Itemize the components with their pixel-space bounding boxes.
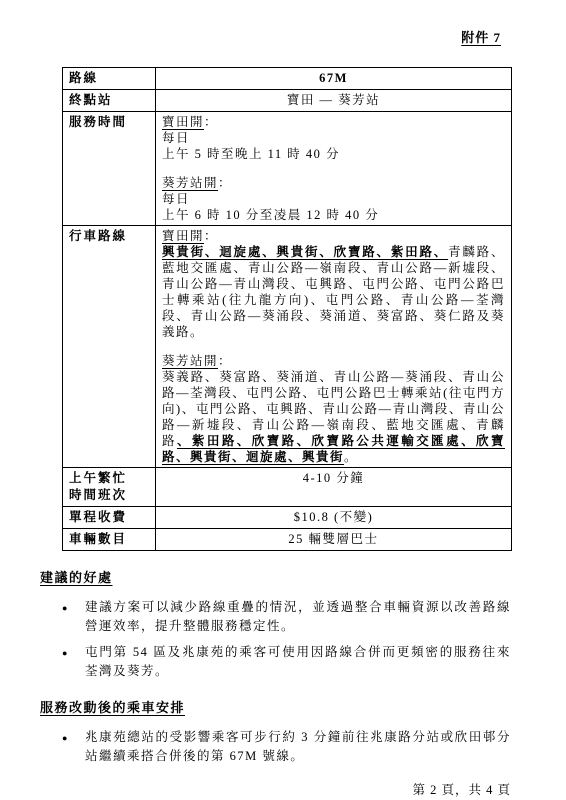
frequency-label: 上午繁忙時間班次 bbox=[63, 468, 156, 507]
service-hours-label: 服務時間 bbox=[63, 112, 156, 226]
po-tin-heading-text: 寶田開 bbox=[162, 115, 204, 129]
terminus-label: 終點站 bbox=[63, 90, 156, 112]
colon: ： bbox=[218, 354, 232, 368]
routing-kwai-fong-heading: 葵芳站開： bbox=[162, 353, 505, 369]
colon: ： bbox=[204, 229, 218, 243]
routing-po-tin-heading: 寶田開： bbox=[162, 228, 505, 244]
table-row-terminus: 終點站 寶田 — 葵芳站 bbox=[63, 90, 512, 112]
benefit-text-2: 屯門第 54 區及兆康苑的乘客可使用因路線合併而更頻密的服務往來荃灣及葵芳。 bbox=[85, 643, 511, 681]
table-row-frequency: 上午繁忙時間班次 4-10 分鐘 bbox=[63, 468, 512, 507]
fare-label: 單程收費 bbox=[63, 507, 156, 529]
routing-po-tin-normal-streets: 青麟路、藍地交匯處、青山公路—嶺南段、青山公路—新墟段、青山公路—青山灣段、屯興… bbox=[162, 245, 505, 339]
routing-po-tin-streets: 興貴街、迴旋處、興貴街、欣寶路、紫田路、青麟路、藍地交匯處、青山公路—嶺南段、青… bbox=[162, 244, 505, 340]
benefit-text-1: 建議方案可以減少路線重疊的情況，並透過整合車輛資源以改善路線營運效率，提升整體服… bbox=[85, 598, 511, 636]
table-row-route: 路線 67M bbox=[63, 68, 512, 90]
fleet-value: 25 輛雙層巴士 bbox=[156, 529, 512, 551]
po-tin-hours-heading: 寶田開： bbox=[162, 114, 505, 130]
colon: ： bbox=[218, 176, 232, 190]
po-tin-hours: 上午 5 時至晚上 11 時 40 分 bbox=[162, 146, 505, 162]
routing-label: 行車路線 bbox=[63, 226, 156, 468]
kwai-fong-heading-text: 葵芳站開 bbox=[162, 176, 218, 190]
routing-kwai-fong-streets: 葵義路、葵富路、葵涌道、青山公路—葵涌段、青山公路—荃灣段、屯門公路、屯門公路巴… bbox=[162, 369, 505, 465]
service-hours-value: 寶田開： 每日 上午 5 時至晚上 11 時 40 分 葵芳站開： 每日 上午 … bbox=[156, 112, 512, 226]
arrangement-text-1: 兆康苑總站的受影響乘客可步行約 3 分鐘前往兆康路分站或欣田邨分站繼續乘搭合併後… bbox=[85, 728, 511, 766]
terminus-value: 寶田 — 葵芳站 bbox=[156, 90, 512, 112]
routing-kwai-fong-bold-streets: 、紫田路、欣寶路、欣寶路公共運輸交匯處、欣寶路、興貴街、迴旋處、興貴街 bbox=[162, 434, 505, 464]
spacer bbox=[162, 340, 505, 353]
arrangement-bullet-1: ● 兆康苑總站的受影響乘客可步行約 3 分鐘前往兆康路分站或欣田邨分站繼續乘搭合… bbox=[62, 728, 511, 766]
arrangements-heading: 服務改動後的乘車安排 bbox=[40, 697, 511, 716]
fare-value: $10.8 (不變) bbox=[156, 507, 512, 529]
kwai-fong-hours: 上午 6 時 10 分至凌晨 12 時 40 分 bbox=[162, 207, 505, 223]
page-number: 第 2 頁，共 4 頁 bbox=[40, 780, 511, 798]
bullet-icon: ● bbox=[62, 598, 85, 636]
routing-po-tin-heading-text: 寶田開 bbox=[162, 229, 204, 243]
table-row-fare: 單程收費 $10.8 (不變) bbox=[63, 507, 512, 529]
kwai-fong-hours-heading: 葵芳站開： bbox=[162, 175, 505, 191]
routing-value: 寶田開： 興貴街、迴旋處、興貴街、欣寶路、紫田路、青麟路、藍地交匯處、青山公路—… bbox=[156, 226, 512, 468]
appendix-label: 附件 7 bbox=[40, 27, 501, 46]
bullet-icon: ● bbox=[62, 643, 85, 681]
po-tin-daily: 每日 bbox=[162, 130, 505, 146]
table-row-fleet: 車輛數目 25 輛雙層巴士 bbox=[63, 529, 512, 551]
benefit-bullet-2: ● 屯門第 54 區及兆康苑的乘客可使用因路線合併而更頻密的服務往來荃灣及葵芳。 bbox=[62, 643, 511, 681]
table-row-service-hours: 服務時間 寶田開： 每日 上午 5 時至晚上 11 時 40 分 葵芳站開： 每… bbox=[63, 112, 512, 226]
kwai-fong-daily: 每日 bbox=[162, 191, 505, 207]
spacer bbox=[162, 162, 505, 175]
benefit-bullet-1: ● 建議方案可以減少路線重疊的情況，並透過整合車輛資源以改善路線營運效率，提升整… bbox=[62, 598, 511, 636]
table-row-routing: 行車路線 寶田開： 興貴街、迴旋處、興貴街、欣寶路、紫田路、青麟路、藍地交匯處、… bbox=[63, 226, 512, 468]
period: 。 bbox=[344, 450, 358, 464]
bullet-icon: ● bbox=[62, 728, 85, 766]
frequency-value: 4-10 分鐘 bbox=[156, 468, 512, 507]
routing-po-tin-bold-streets: 興貴街、迴旋處、興貴街、欣寶路、紫田路、 bbox=[162, 245, 448, 259]
benefits-heading: 建議的好處 bbox=[40, 567, 511, 586]
routing-kwai-fong-heading-text: 葵芳站開 bbox=[162, 354, 218, 368]
colon: ： bbox=[204, 115, 218, 129]
route-number: 67M bbox=[156, 68, 512, 90]
route-info-table: 路線 67M 終點站 寶田 — 葵芳站 服務時間 寶田開： 每日 上午 5 時至… bbox=[62, 67, 512, 551]
fleet-label: 車輛數目 bbox=[63, 529, 156, 551]
document-page: 附件 7 路線 67M 終點站 寶田 — 葵芳站 服務時間 寶田開： 每日 上午… bbox=[0, 0, 566, 800]
route-label: 路線 bbox=[63, 68, 156, 90]
appendix-text: 附件 7 bbox=[461, 30, 501, 45]
